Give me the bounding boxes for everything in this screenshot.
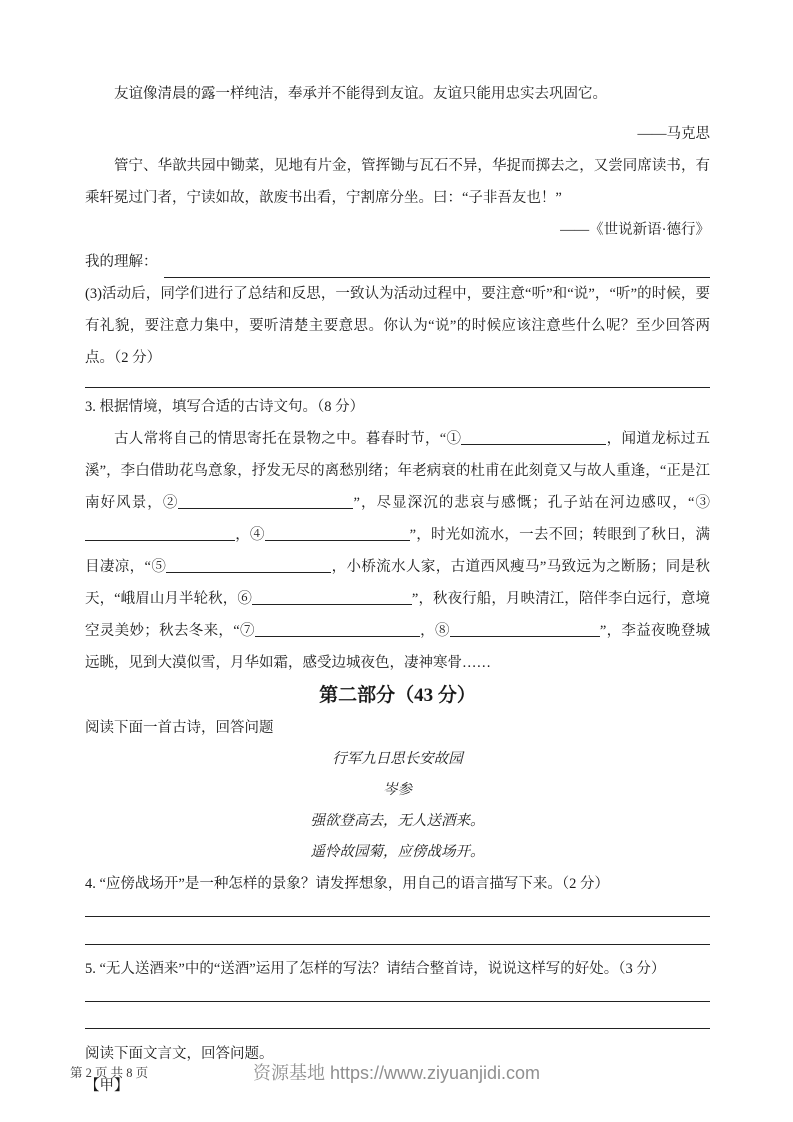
answer-blank-line	[164, 253, 711, 278]
poem-line: 遥怜故园菊，应傍战场开。	[85, 837, 710, 868]
fill-in-blank	[252, 590, 412, 605]
question-4-prompt: 4. “应傍战场开”是一种怎样的景象？请发挥想象，用自己的语言描写下来。（2 分…	[85, 868, 710, 900]
fill-in-blank	[178, 494, 353, 509]
question-3-prompt: 3. 根据情境，填写合适的古诗文句。（8 分）	[85, 391, 710, 423]
fill-in-blank	[85, 526, 235, 541]
text-run: 古人常将自己的情思寄托在景物之中。暮春时节，“①	[114, 431, 461, 447]
poem-author: 岑参	[85, 775, 710, 806]
answer-line	[85, 1001, 710, 1002]
answer-line	[85, 944, 710, 945]
question-5-prompt: 5. “无人送酒来”中的“送酒”运用了怎样的写法？请结合整首诗，说说这样写的好处…	[85, 953, 710, 985]
text-run: ”，尽显深沉的悲哀与感慨；孔子站在河边感叹，“③	[353, 495, 710, 511]
answer-line	[85, 916, 710, 917]
answer-line	[85, 387, 710, 388]
shishuo-attribution: ——《世说新语·德行》	[85, 214, 710, 246]
guanning-passage: 管宁、华歆共园中锄菜，见地有片金，管挥锄与瓦石不异，华捉而掷去之，又尝同席读书，…	[85, 150, 710, 214]
marx-attribution: ——马克思	[85, 118, 710, 150]
part-two-heading: 第二部分（43 分）	[85, 679, 710, 712]
text-run: ，⑧	[420, 623, 450, 639]
fill-in-blank	[265, 526, 410, 541]
poem-line: 强欲登高去，无人送酒来。	[85, 806, 710, 837]
answer-line	[85, 1028, 710, 1029]
question-3-fill-passage: 古人常将自己的情思寄托在景物之中。暮春时节，“①，闻道龙标过五溪”，李白借助花鸟…	[85, 423, 710, 679]
fill-in-blank	[255, 622, 420, 637]
my-understanding-label: 我的理解：	[85, 246, 158, 278]
exam-paper-page: 友谊像清晨的露一样纯洁，奉承并不能得到友谊。友谊只能用忠实去巩固它。 ——马克思…	[0, 0, 793, 1122]
document-body: 友谊像清晨的露一样纯洁，奉承并不能得到友谊。友谊只能用忠实去巩固它。 ——马克思…	[85, 78, 710, 1102]
fill-in-blank	[461, 430, 606, 445]
poem-intro: 阅读下面一首古诗，回答问题	[85, 712, 710, 744]
fill-in-blank	[166, 558, 331, 573]
fill-in-blank	[450, 622, 600, 637]
poem-block: 行军九日思长安故园 岑参 强欲登高去，无人送酒来。 遥怜故园菊，应傍战场开。	[85, 744, 710, 868]
my-understanding-row: 我的理解：	[85, 246, 710, 278]
question-2-3: (3)活动后，同学们进行了总结和反思，一致认为活动过程中，要注意“听”和“说”，…	[85, 278, 710, 374]
text-run: ，④	[235, 527, 265, 543]
marx-quote: 友谊像清晨的露一样纯洁，奉承并不能得到友谊。友谊只能用忠实去巩固它。	[85, 78, 710, 110]
poem-title: 行军九日思长安故园	[85, 744, 710, 775]
site-watermark: 资源基地 https://www.ziyuanjidi.com	[0, 1059, 793, 1085]
